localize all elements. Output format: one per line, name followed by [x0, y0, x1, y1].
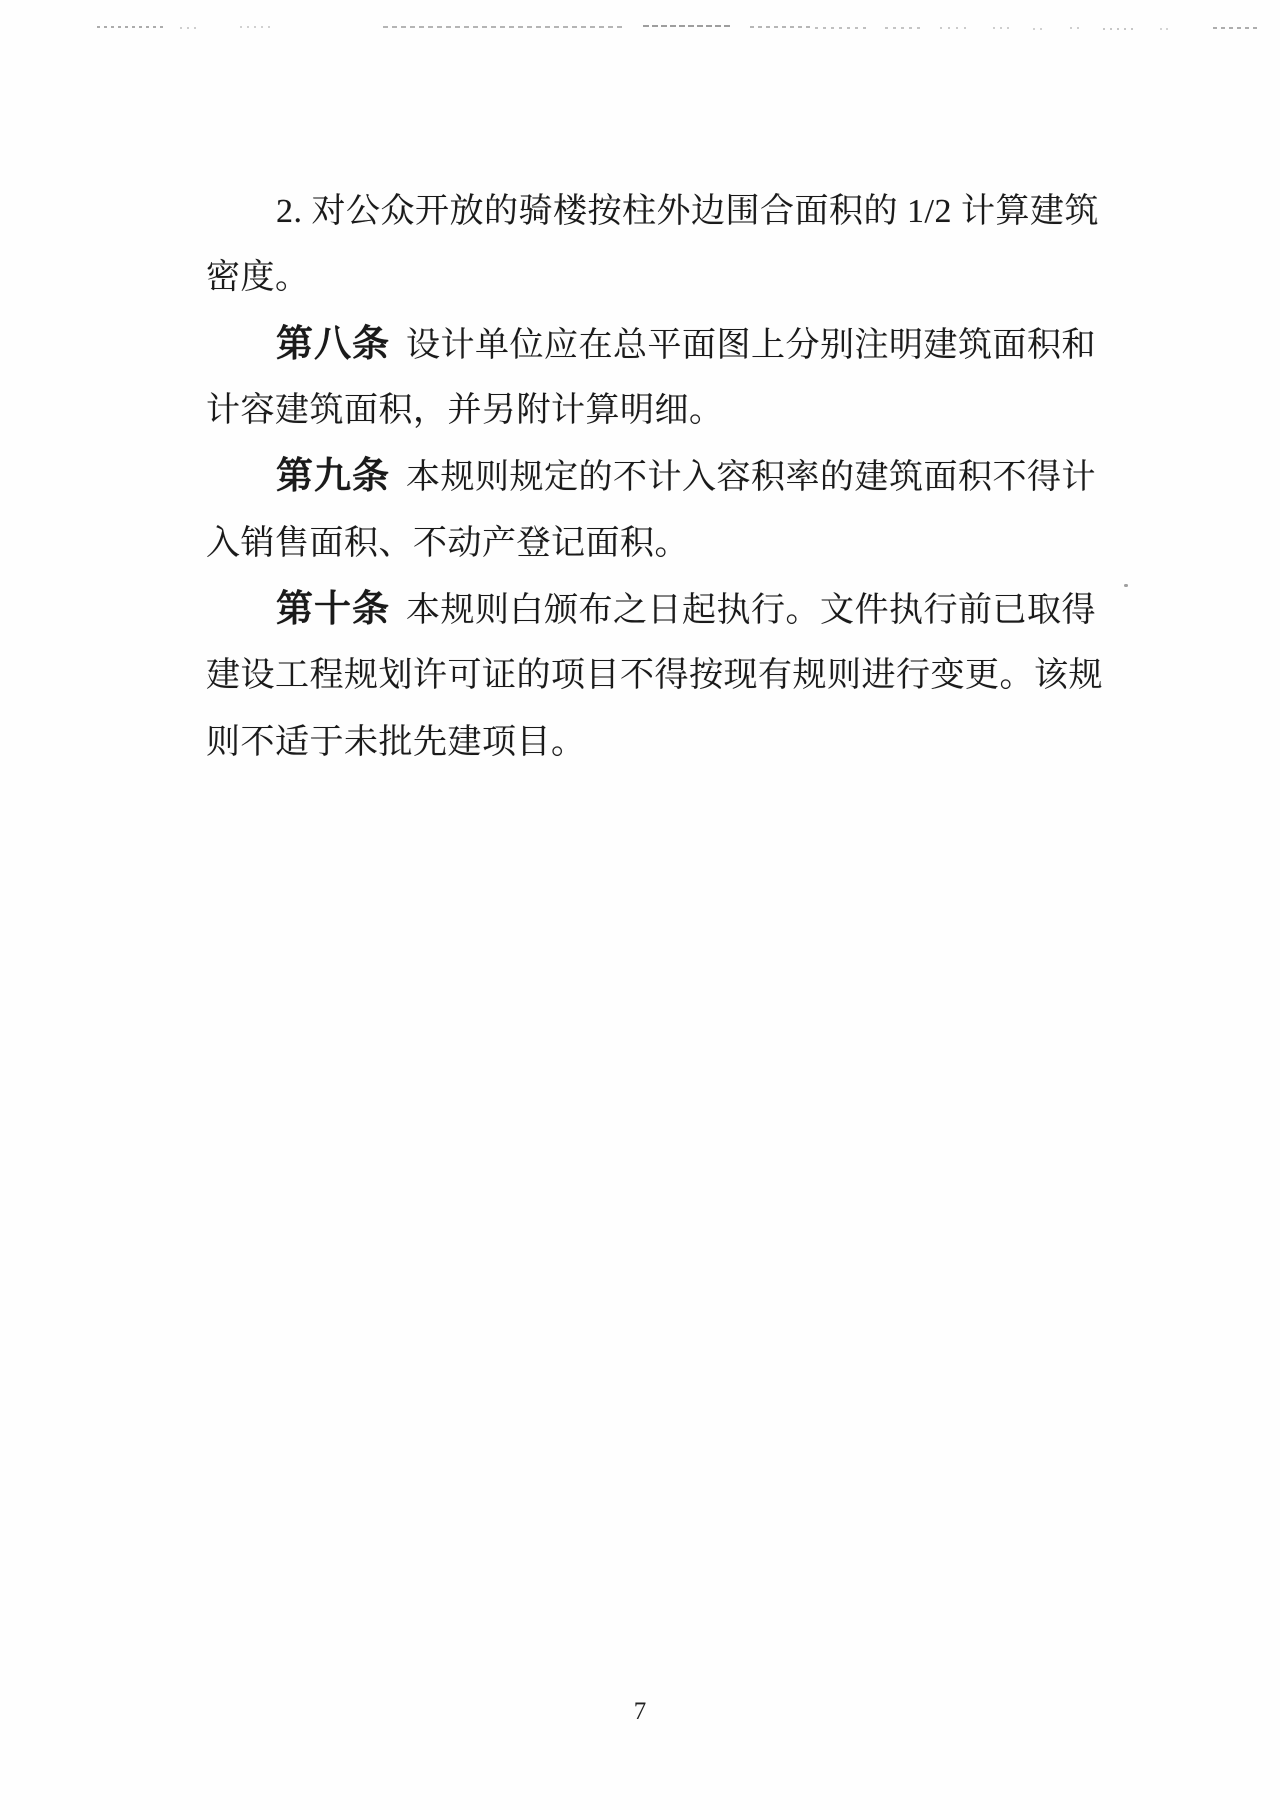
- body-text: 密度。: [206, 259, 310, 296]
- scan-speck: [815, 27, 870, 29]
- body-text: 设计单位应在总平面图上分别注明建筑面积和: [406, 327, 1096, 364]
- body-text: 建设工程规划许可证的项目不得按现有规则进行变更。该规: [206, 657, 1103, 694]
- scan-speck: [240, 26, 270, 28]
- text-line: 则不适于未批先建项目。: [206, 723, 1090, 763]
- body-text: 计容建筑面积，并另附计算明细。: [206, 392, 724, 429]
- article-heading: 第九条: [276, 456, 390, 497]
- body-text: 入销售面积、不动产登记面积。: [206, 525, 689, 562]
- document-page: 2. 对公众开放的骑楼按柱外边围合面积的 1/2 计算建筑密度。第八条设计单位应…: [0, 0, 1280, 1810]
- body-text: 2. 对公众开放的骑楼按柱外边围合面积的 1/2 计算建筑: [276, 193, 1099, 230]
- scan-speck: [180, 27, 200, 29]
- page-number: 7: [0, 1698, 1280, 1726]
- body-text: 本规则规定的不计入容积率的建筑面积不得计: [406, 459, 1096, 496]
- body-text: 则不适于未批先建项目。: [206, 724, 586, 761]
- text-line: 第九条本规则规定的不计入容积率的建筑面积不得计: [276, 457, 1090, 498]
- scan-speck: [1124, 584, 1128, 587]
- scan-speck: [97, 26, 167, 28]
- article-heading: 第十条: [276, 589, 390, 630]
- scan-speck: [1070, 27, 1082, 29]
- scan-speck: [1033, 28, 1045, 30]
- scan-speck: [885, 27, 920, 29]
- scan-speck: [750, 26, 810, 28]
- text-line: 入销售面积、不动产登记面积。: [206, 524, 1090, 564]
- scan-speck: [1103, 28, 1133, 30]
- text-line: 计容建筑面积，并另附计算明细。: [206, 391, 1090, 431]
- body-text: 本规则白颁布之日起执行。文件执行前已取得: [406, 592, 1096, 629]
- scan-speck: [1213, 27, 1258, 29]
- scan-speck: [1160, 28, 1168, 30]
- text-line: 第八条设计单位应在总平面图上分别注明建筑面积和: [276, 325, 1090, 366]
- text-line: 第十条本规则白颁布之日起执行。文件执行前已取得: [276, 590, 1090, 631]
- text-line: 2. 对公众开放的骑楼按柱外边围合面积的 1/2 计算建筑: [276, 192, 1090, 232]
- scan-speck: [993, 27, 1009, 29]
- scan-speck: [940, 27, 970, 29]
- article-heading: 第八条: [276, 324, 390, 365]
- text-line: 密度。: [206, 258, 1090, 298]
- text-line: 建设工程规划许可证的项目不得按现有规则进行变更。该规: [206, 656, 1090, 696]
- scan-speck: [643, 25, 733, 27]
- scan-speck: [383, 26, 623, 28]
